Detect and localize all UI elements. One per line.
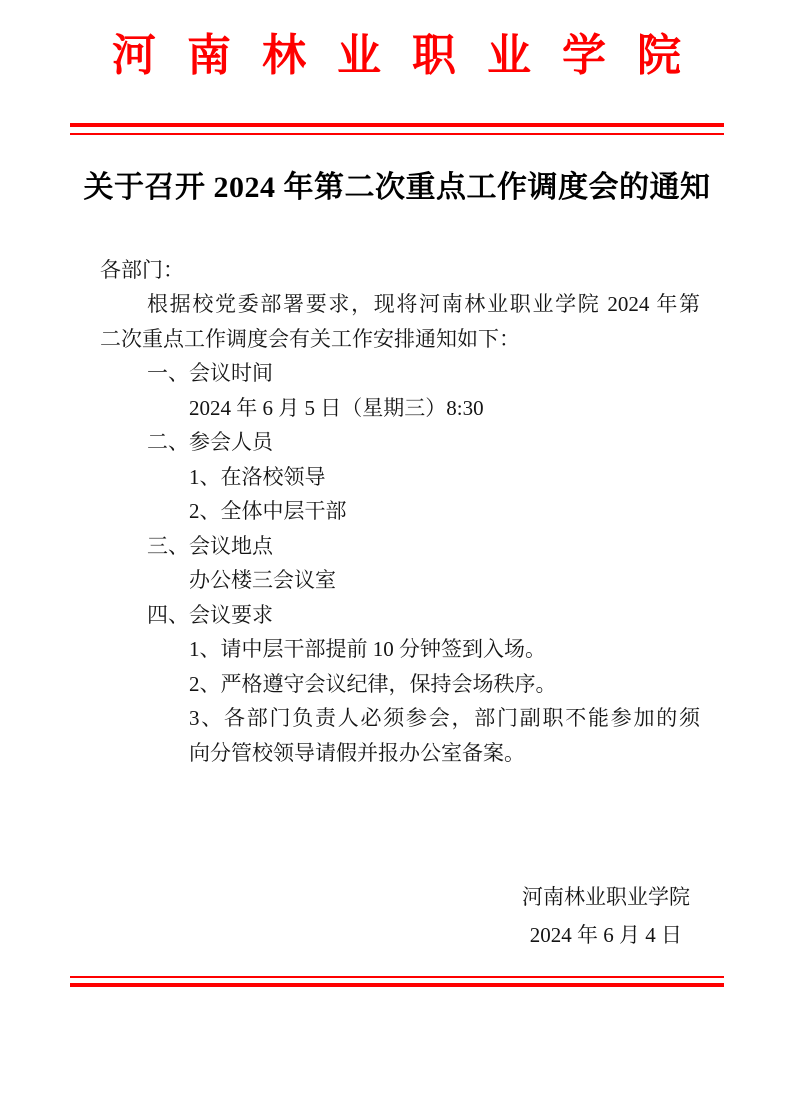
footer-rules xyxy=(70,976,724,987)
requirement-item-1: 1、请中层干部提前 10 分钟签到入场。 xyxy=(100,632,700,667)
section-3-heading: 三、会议地点 xyxy=(100,529,700,564)
document-body: 各部门： 根据校党委部署要求，现将河南林业职业学院 2024 年第 二次重点工作… xyxy=(0,253,794,771)
letterhead: 河南林业职业学院 xyxy=(0,0,794,83)
attendee-item-2: 2、全体中层干部 xyxy=(100,494,700,529)
document-title: 关于召开 2024 年第二次重点工作调度会的通知 xyxy=(0,168,794,208)
requirement-item-3-line-1: 3、各部门负责人必须参会，部门副职不能参加的须 xyxy=(100,701,700,736)
notice-document-page: 河南林业职业学院 关于召开 2024 年第二次重点工作调度会的通知 各部门： 根… xyxy=(0,0,794,1108)
section-4-heading: 四、会议要求 xyxy=(100,598,700,633)
letterhead-rule-thin xyxy=(70,133,724,135)
footer-rule-thin xyxy=(70,976,724,978)
signature-block: 河南林业职业学院 2024 年 6 月 4 日 xyxy=(0,880,794,952)
attendee-item-1: 1、在洛校领导 xyxy=(100,460,700,495)
requirement-item-3-line-2: 向分管校领导请假并报办公室备案。 xyxy=(100,736,700,771)
intro-line-2: 二次重点工作调度会有关工作安排通知如下： xyxy=(100,322,700,357)
salutation-line: 各部门： xyxy=(100,253,700,288)
signature-date: 2024 年 6 月 4 日 xyxy=(0,918,794,953)
meeting-location-value: 办公楼三会议室 xyxy=(100,563,700,598)
letterhead-rules xyxy=(70,123,724,135)
letterhead-org-name: 河南林业职业学院 xyxy=(112,30,712,83)
intro-line-1: 根据校党委部署要求，现将河南林业职业学院 2024 年第 xyxy=(100,287,700,322)
meeting-time-value: 2024 年 6 月 5 日（星期三）8:30 xyxy=(100,391,700,426)
section-1-heading: 一、会议时间 xyxy=(100,356,700,391)
section-2-heading: 二、参会人员 xyxy=(100,425,700,460)
letterhead-rule-thick xyxy=(70,123,724,127)
requirement-item-2: 2、严格遵守会议纪律，保持会场秩序。 xyxy=(100,667,700,702)
footer-rule-thick xyxy=(70,983,724,987)
signature-org-name: 河南林业职业学院 xyxy=(0,880,794,915)
